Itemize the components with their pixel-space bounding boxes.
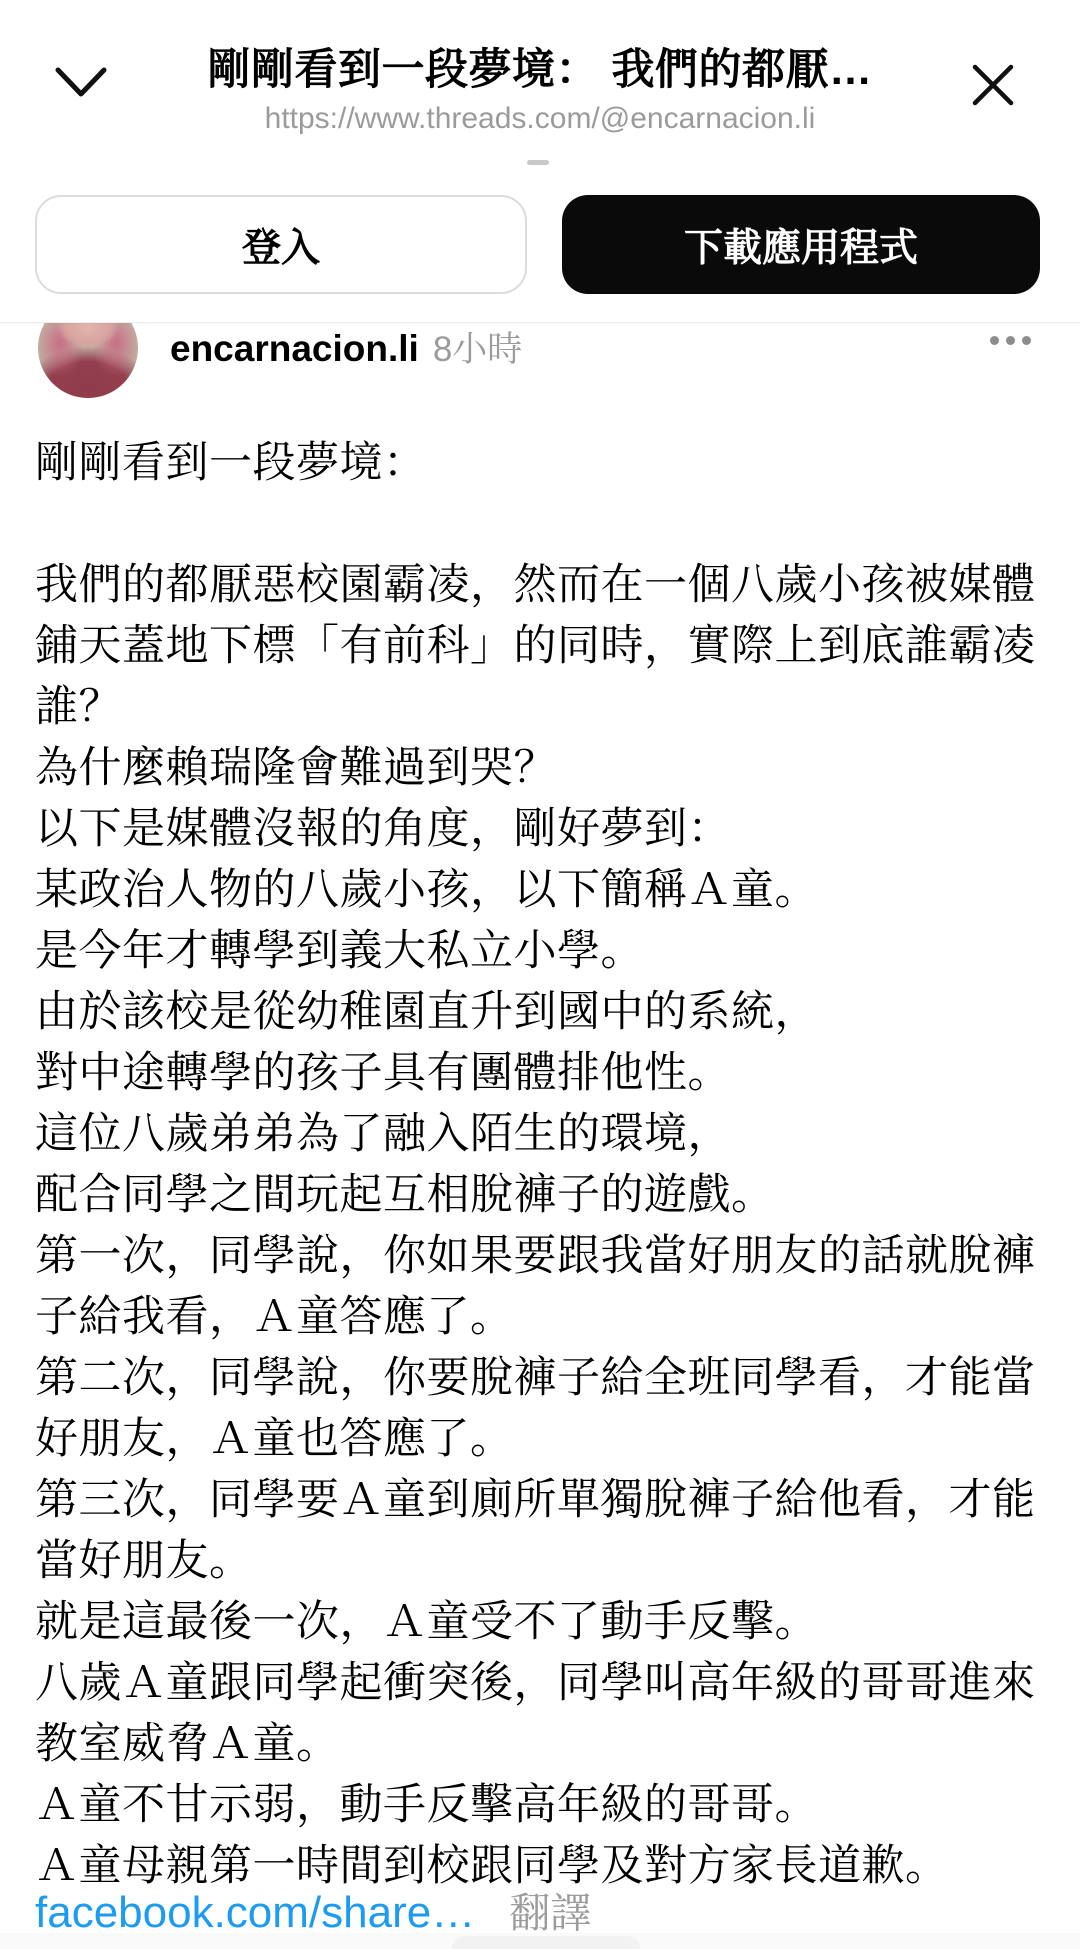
threads-share-sheet: 剛剛看到一段夢境： 我們的都厭… https://www.threads.com… [0,0,1080,1949]
post-timestamp: 8小時 [433,330,522,369]
facebook-share-link[interactable]: facebook.com/share… [35,1888,475,1938]
sheet-header: 剛剛看到一段夢境： 我們的都厭… https://www.threads.com… [0,0,1080,323]
close-icon [968,98,1018,113]
link-row: facebook.com/share… 翻譯 [35,1880,591,1939]
chevron-down-icon [52,91,110,106]
download-app-button[interactable]: 下載應用程式 [562,195,1040,294]
username-text: encarnacion.li [170,328,419,369]
more-options-button[interactable] [984,330,1037,351]
login-button[interactable]: 登入 [35,195,527,294]
collapse-button[interactable] [48,58,114,110]
post-body-text: 剛剛看到一段夢境： 我們的都厭惡校園霸凌，然而在一個八歲小孩被媒體 鋪天蓋地下標… [35,433,1062,1897]
close-button[interactable] [964,56,1022,114]
drag-handle [527,160,549,165]
username[interactable]: encarnacion.li8小時 [170,322,522,372]
translate-button[interactable]: 翻譯 [509,1880,591,1939]
ellipsis-icon [990,336,1031,345]
page-title: 剛剛看到一段夢境： 我們的都厭… [130,36,950,97]
page-url: https://www.threads.com/@encarnacion.li [110,102,970,136]
